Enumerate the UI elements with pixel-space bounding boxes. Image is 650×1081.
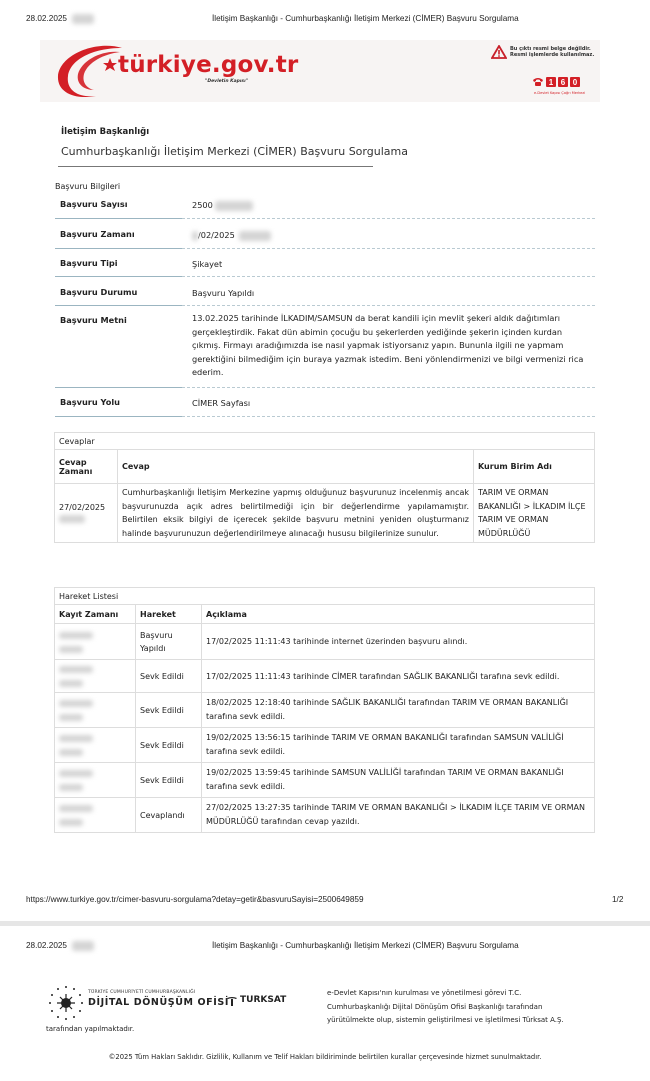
movement-row: Sevk Edildi 19/02/2025 13:56:15 tarihind… — [55, 728, 595, 763]
edevlet-line: tarafından yapılmaktadır. — [46, 1025, 134, 1033]
org-name: İletişim Başkanlığı — [61, 127, 149, 137]
redacted-day — [192, 231, 198, 241]
info-value: Başvuru Yapıldı — [192, 287, 592, 301]
movement-row: Sevk Edildi 17/02/2025 11:11:43 tarihind… — [55, 660, 595, 693]
edevlet-line: Cumhurbaşkanlığı Dijital Dönüşüm Ofisi B… — [327, 1001, 564, 1015]
print-title: İletişim Başkanlığı - Cumhurbaşkanlığı İ… — [212, 14, 519, 23]
movement-row: Sevk Edildi 18/02/2025 12:18:40 tarihind… — [55, 693, 595, 728]
movement-desc: 19/02/2025 13:56:15 tarihinde TARIM VE O… — [202, 728, 595, 763]
movement-row: Sevk Edildi 19/02/2025 13:59:45 tarihind… — [55, 763, 595, 798]
movement-desc: 27/02/2025 13:27:35 tarihinde TARIM VE O… — [202, 798, 595, 833]
movement-action: Cevaplandı — [136, 798, 202, 833]
call-digit: 6 — [558, 77, 568, 87]
print-date-text: 28.02.2025 — [26, 14, 67, 23]
print-date: 28.02.2025 — [26, 14, 94, 24]
redacted-time — [59, 714, 83, 721]
ddo-title: DİJİTAL DÖNÜŞÜM OFİSİ — [88, 997, 229, 1008]
movements-caption: Hareket Listesi — [55, 588, 595, 605]
print-date-text: 28.02.2025 — [26, 941, 67, 950]
record-time — [55, 763, 136, 798]
redacted-date — [59, 735, 93, 742]
print-date-page-2: 28.02.2025 — [26, 941, 94, 951]
movement-row: Başvuru Yapıldı 17/02/2025 11:11:43 tari… — [55, 624, 595, 660]
call-digit: 0 — [570, 77, 580, 87]
row-divider — [55, 387, 595, 388]
record-time — [55, 660, 136, 693]
redacted-time — [72, 941, 94, 951]
info-value: 2500 — [192, 199, 592, 213]
answer-time: 27/02/2025 — [55, 484, 118, 543]
answer-date: 27/02/2025 — [59, 503, 113, 512]
page-url-link[interactable]: https://www.turkiye.gov.tr/cimer-basvuru… — [26, 895, 364, 904]
not-official-notice: Bu çıktı resmi belge değildir. Resmi işl… — [510, 46, 594, 58]
title-divider — [58, 166, 373, 167]
record-time — [55, 728, 136, 763]
edevlet-line: yürütülmekte olup, sistemin geliştirilme… — [327, 1014, 564, 1028]
info-label: Başvuru Sayısı — [60, 199, 128, 209]
redacted-time — [59, 680, 83, 687]
info-label: Başvuru Yolu — [60, 397, 120, 407]
col-answer-time: Cevap Zamanı — [55, 450, 118, 484]
movements-table: Hareket Listesi Kayıt Zamanı Hareket Açı… — [54, 587, 595, 833]
row-divider — [55, 276, 595, 277]
answer-row: 27/02/2025 Cumhurbaşkanlığı İletişim Mer… — [55, 484, 595, 543]
movement-desc: 19/02/2025 13:59:45 tarihinde SAMSUN VAL… — [202, 763, 595, 798]
movement-action: Sevk Edildi — [136, 728, 202, 763]
col-answer: Cevap — [118, 450, 474, 484]
col-unit-name: Kurum Birim Adı — [474, 450, 595, 484]
info-section-title: Başvuru Bilgileri — [55, 182, 120, 191]
redacted-date — [59, 770, 93, 777]
turksat-logo-icon — [226, 996, 238, 1006]
info-value: Şikayet — [192, 258, 592, 272]
call-center-160: 1 6 0 — [532, 77, 580, 87]
info-value: 13.02.2025 tarihinde İLKADIM/SAMSUN da b… — [192, 312, 592, 380]
redacted-time — [59, 646, 83, 653]
redacted-time — [59, 749, 83, 756]
info-label: Başvuru Tipi — [60, 258, 118, 268]
movement-desc: 18/02/2025 12:18:40 tarihinde SAĞLIK BAK… — [202, 693, 595, 728]
movement-desc: 17/02/2025 11:11:43 tarihinde internet ü… — [202, 624, 595, 660]
info-label: Başvuru Metni — [60, 315, 127, 325]
movement-action: Sevk Edildi — [136, 763, 202, 798]
copyright-notice: ©2025 Tüm Hakları Saklıdır. Gizlilik, Ku… — [0, 1053, 650, 1061]
warning-line-2: Resmi işlemlerde kullanılmaz. — [510, 52, 594, 58]
answers-table: Cevaplar Cevap Zamanı Cevap Kurum Birim … — [54, 432, 595, 543]
info-value: CİMER Sayfası — [192, 397, 592, 411]
telephone-icon — [532, 77, 544, 87]
digital-transformation-office-logo-icon — [48, 985, 84, 1021]
record-time — [55, 693, 136, 728]
redacted-time — [239, 231, 271, 241]
redacted-number — [215, 201, 253, 211]
page-title: Cumhurbaşkanlığı İletişim Merkezi (CİMER… — [61, 145, 408, 158]
call-digit: 1 — [546, 77, 556, 87]
answer-unit: TARIM VE ORMAN BAKANLIĞI > İLKADIM İLÇE … — [474, 484, 595, 543]
movement-action: Sevk Edildi — [136, 660, 202, 693]
row-divider — [55, 218, 595, 219]
info-label: Başvuru Zamanı — [60, 229, 135, 239]
movement-action: Sevk Edildi — [136, 693, 202, 728]
logo-tagline: "Devletin Kapısı" — [205, 79, 248, 84]
redacted-time — [59, 515, 85, 523]
movement-action: Başvuru Yapıldı — [136, 624, 202, 660]
turkiye-gov-logo-text: türkiye.gov.tr — [118, 52, 298, 78]
redacted-date — [59, 632, 93, 639]
col-record-time: Kayıt Zamanı — [55, 605, 136, 624]
row-divider — [55, 305, 595, 306]
edevlet-info: e-Devlet Kapısı'nın kurulması ve yönetil… — [327, 987, 564, 1028]
application-date: /02/2025 — [198, 230, 235, 240]
answer-text: Cumhurbaşkanlığı İletişim Merkezine yapm… — [118, 484, 474, 543]
movement-desc: 17/02/2025 11:11:43 tarihinde CİMER tara… — [202, 660, 595, 693]
page-number: 1/2 — [612, 895, 623, 904]
col-action: Hareket — [136, 605, 202, 624]
record-time — [55, 624, 136, 660]
redacted-time — [59, 784, 83, 791]
edevlet-line: e-Devlet Kapısı'nın kurulması ve yönetil… — [327, 987, 564, 1001]
movement-row: Cevaplandı 27/02/2025 13:27:35 tarihinde… — [55, 798, 595, 833]
info-value: /02/2025 — [192, 229, 592, 243]
row-divider — [55, 248, 595, 249]
row-divider — [55, 416, 595, 417]
info-label: Başvuru Durumu — [60, 287, 137, 297]
print-title-page-2: İletişim Başkanlığı - Cumhurbaşkanlığı İ… — [212, 941, 519, 950]
record-time — [55, 798, 136, 833]
col-description: Açıklama — [202, 605, 595, 624]
redacted-date — [59, 666, 93, 673]
redacted-date — [59, 805, 93, 812]
redacted-time — [59, 819, 83, 826]
answers-caption: Cevaplar — [55, 433, 595, 450]
page-separator — [0, 921, 650, 926]
redacted-date — [59, 700, 93, 707]
redacted-time — [72, 14, 94, 24]
turksat-logo-text: TURKSAT — [240, 995, 286, 1005]
application-number: 2500 — [192, 200, 213, 210]
ddo-subtitle: TÜRKİYE CUMHURİYETİ CUMHURBAŞKANLIĞI — [88, 990, 195, 995]
warning-icon — [491, 45, 507, 59]
call-center-caption: e-Devlet Kapısı Çağrı Merkezi — [534, 91, 585, 95]
